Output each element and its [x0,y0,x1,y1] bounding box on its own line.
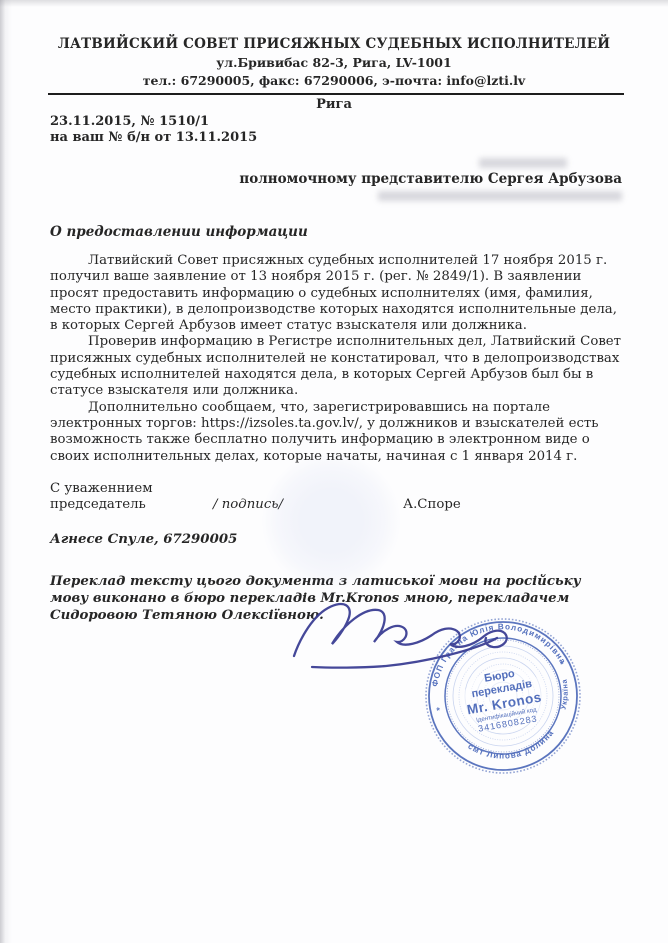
incoming-reference: на ваш № б/н от 13.11.2015 [50,130,668,146]
redacted-line [378,191,622,201]
svg-text:Україна: Україна [554,678,574,712]
letterhead: ЛАТВИЙСКИЙ СОВЕТ ПРИСЯЖНЫХ СУДЕБНЫХ ИСПО… [0,0,668,88]
body-paragraph: Латвийский Совет присяжных судебных испо… [50,253,625,334]
contact-person: Агнесе Спуле, 67290005 [50,532,625,548]
organization-contacts: тел.: 67290005, факс: 67290006, э-почта:… [0,73,668,88]
signature-underline [312,638,497,668]
outgoing-reference: 23.11.2015, № 1510/1 [50,114,668,130]
stamp-ring-right-text: Україна [554,678,574,712]
closing-line: С уваженнием [50,481,625,497]
signer-name: А.Споре [403,497,461,513]
letterhead-divider [48,93,624,95]
scanned-letter-page: ЛАТВИЙСКИЙ СОВЕТ ПРИСЯЖНЫХ СУДЕБНЫХ ИСПО… [0,0,668,943]
city-line: Рига [0,97,668,112]
subject-line: О предоставлении информации [50,224,668,240]
reference-block: 23.11.2015, № 1510/1 на ваш № б/н от 13.… [50,114,668,145]
body-paragraph: Дополнительно сообщаем, что, зарегистрир… [50,400,625,465]
signature-block: С уваженнием председатель / подпись/ А.С… [50,481,625,549]
letter-body: Латвийский Совет присяжных судебных испо… [50,253,625,465]
signature-row: председатель / подпись/ А.Споре [50,497,625,513]
organization-name: ЛАТВИЙСКИЙ СОВЕТ ПРИСЯЖНЫХ СУДЕБНЫХ ИСПО… [0,36,668,52]
organization-address: ул.Бривибас 82-3, Рига, LV-1001 [0,55,668,70]
signature-placeholder: / подпись/ [213,497,331,513]
body-paragraph: Проверив информацию в Регистре исполните… [50,334,625,399]
recipient-block: полномочному представителю Сергея Арбузо… [0,158,622,201]
handwritten-signature [276,588,516,683]
redacted-line [479,158,567,168]
signer-position: председатель [50,497,213,513]
recipient-line: полномочному представителю Сергея Арбузо… [0,171,622,187]
stamp-separator-left: * [436,705,442,716]
